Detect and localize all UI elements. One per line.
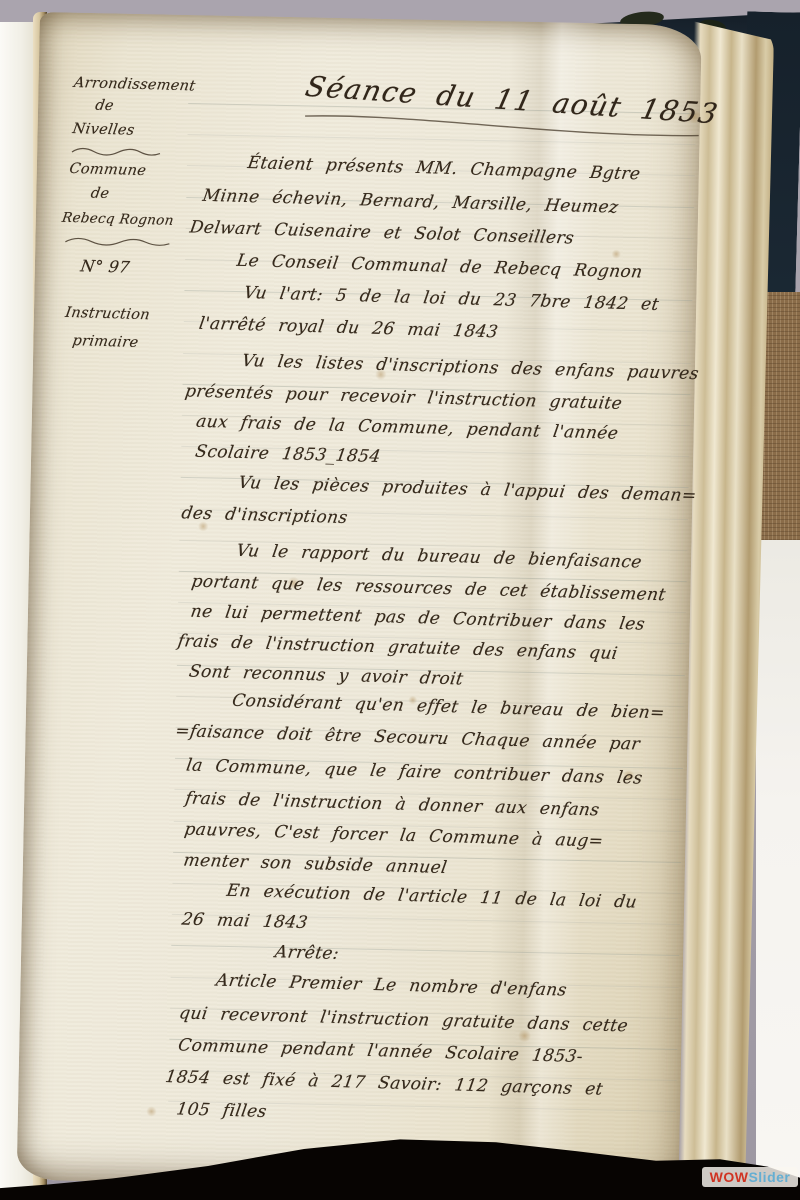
manuscript-line: la Commune, que le faire contribuer dans… bbox=[185, 756, 644, 789]
manuscript-line: =faisance doit être Secouru Chaque année… bbox=[174, 721, 642, 754]
manuscript-line: Vu les pièces produites à l'appui des de… bbox=[237, 473, 698, 506]
manuscript-line: Le Conseil Communal de Rebecq Rognon bbox=[235, 251, 644, 283]
manuscript-line: l'arrêté royal du 26 mai 1843 bbox=[198, 314, 500, 343]
margin-note: Commune bbox=[68, 161, 147, 179]
manuscript-line: Delwart Cuisenaire et Solot Conseillers bbox=[188, 217, 575, 248]
manuscript-line: Commune pendant l'année Scolaire 1853- bbox=[177, 1035, 585, 1067]
manuscript-line: pauvres, C'est forcer la Commune à aug= bbox=[183, 820, 605, 852]
manuscript-line: Scolaire 1853_1854 bbox=[194, 442, 382, 467]
flourish-underline bbox=[63, 236, 173, 249]
margin-note: Rebecq Rognon bbox=[61, 210, 175, 229]
margin-note: de bbox=[94, 98, 115, 114]
margin-note: Instruction bbox=[64, 305, 151, 323]
manuscript-line: présentés pour recevoir l'instruction gr… bbox=[184, 381, 624, 414]
manuscript-line: Arrête: bbox=[274, 942, 341, 964]
watermark-slider-text: Slider bbox=[748, 1169, 790, 1185]
manuscript-line: qui recevront l'instruction gratuite dan… bbox=[178, 1003, 630, 1036]
margin-note: Arrondissement bbox=[73, 75, 197, 94]
manuscript-line: portant que les ressources de cet établi… bbox=[190, 572, 667, 606]
manuscript-line: 26 mai 1843 bbox=[180, 910, 309, 934]
handwriting-layer: Arrondissement de Nivelles Commune de Re… bbox=[6, 12, 701, 1199]
margin-note: primaire bbox=[71, 333, 139, 351]
manuscript-line: Considérant qu'en effet le bureau de bie… bbox=[231, 691, 667, 723]
manuscript-line: Étaient présents MM. Champagne Bgtre bbox=[246, 153, 642, 184]
manuscript-line: frais de l'instruction gratuite des enfa… bbox=[176, 631, 619, 664]
manuscript-line: menter son subside annuel bbox=[182, 851, 448, 879]
manuscript-line: frais de l'instruction à donner aux enfa… bbox=[184, 789, 601, 821]
manuscript-line: Article Premier Le nombre d'enfans bbox=[215, 971, 569, 1001]
manuscript-line: En exécution de l'article 11 de la loi d… bbox=[225, 881, 638, 913]
manuscript-line: aux frais de la Commune, pendant l'année bbox=[195, 412, 620, 444]
manuscript-line: ne lui permettent pas de Contribuer dans… bbox=[189, 602, 646, 635]
manuscript-line: Vu le rapport du bureau de bienfaisance bbox=[235, 541, 643, 573]
manuscript-line: des d'inscriptions bbox=[180, 503, 349, 528]
manuscript-line: 105 filles bbox=[175, 1099, 268, 1122]
flourish-underline bbox=[70, 146, 162, 159]
margin-note: de bbox=[90, 186, 111, 202]
manuscript-line: Vu les listes d'inscriptions des enfans … bbox=[241, 351, 701, 384]
manuscript-page: Arrondissement de Nivelles Commune de Re… bbox=[17, 12, 702, 1193]
manuscript-line: 1854 est fixé à 217 Savoir: 112 garçons … bbox=[164, 1067, 605, 1100]
wowslider-watermark[interactable]: WOWSlider bbox=[702, 1167, 798, 1187]
watermark-wow-text: WOW bbox=[710, 1169, 749, 1185]
manuscript-line: Minne échevin, Bernard, Marsille, Heumez bbox=[201, 186, 620, 218]
margin-note: Nivelles bbox=[71, 121, 135, 139]
manuscript-line: Vu l'art: 5 de la loi du 23 7bre 1842 et bbox=[242, 283, 660, 315]
margin-note: N° 97 bbox=[79, 256, 131, 276]
manuscript-line: Sont reconnus y avoir droit bbox=[188, 662, 465, 690]
photo-right-edge bbox=[756, 540, 800, 1200]
